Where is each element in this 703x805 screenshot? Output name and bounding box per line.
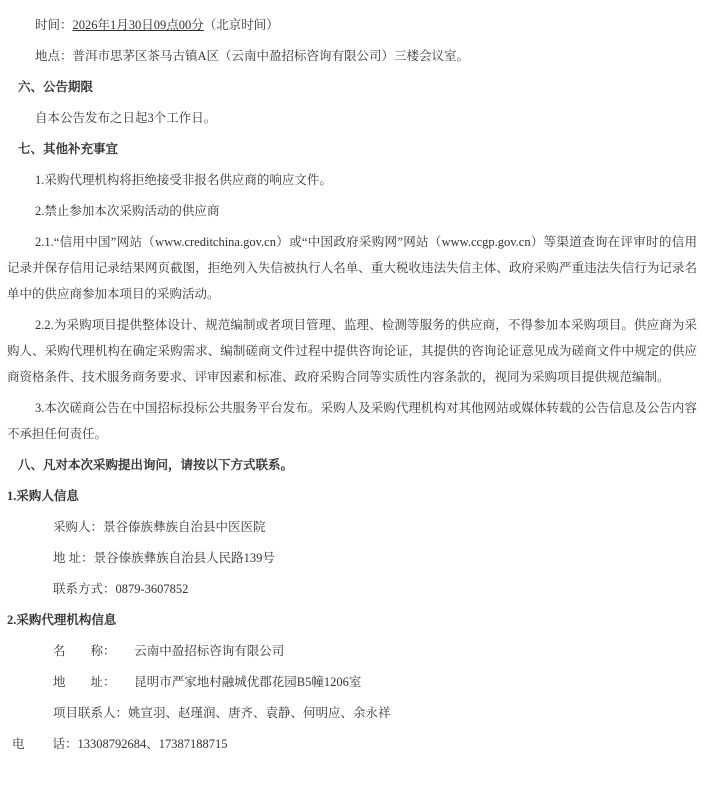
section-7-heading: 七、其他补充事宜: [7, 136, 697, 162]
purchaser-name-line: 采购人：景谷傣族彝族自治县中医医院: [7, 514, 697, 540]
purchaser-address-line: 地 址：景谷傣族彝族自治县人民路139号: [7, 545, 697, 571]
supplement-item-3: 3.本次磋商公告在中国招标投标公共服务平台发布。采购人及采购代理机构对其他网站或…: [7, 395, 697, 447]
purchaser-info-heading: 1.采购人信息: [7, 483, 697, 509]
meeting-time-note: （北京时间）: [204, 18, 279, 32]
agency-phone-line: 电话：13308792684、17387188715: [12, 731, 697, 757]
agency-name-line: 名 称： 云南中盈招标咨询有限公司: [7, 638, 697, 664]
supplement-item-2-1: 2.1.“信用中国”网站（www.creditchina.gov.cn）或“中国…: [7, 229, 697, 307]
procurement-announcement-page: 时间：2026年1月30日09点00分（北京时间） 地点：普洱市思茅区茶马古镇A…: [0, 0, 703, 805]
supplement-item-1: 1.采购代理机构将拒绝接受非报名供应商的响应文件。: [7, 167, 697, 193]
announcement-period-text: 自本公告发布之日起3个工作日。: [7, 105, 697, 131]
agency-phone-value: 话：13308792684、17387188715: [53, 737, 228, 751]
supplement-item-2: 2.禁止参加本次采购活动的供应商: [7, 198, 697, 224]
section-8-heading: 八、凡对本次采购提出询问，请按以下方式联系。: [7, 452, 697, 478]
agency-info-heading: 2.采购代理机构信息: [7, 607, 697, 633]
agency-contacts-line: 项目联系人：姚宣羽、赵瑾润、唐齐、袁静、何明应、余永祥: [7, 700, 697, 726]
section-6-heading: 六、公告期限: [7, 74, 697, 100]
meeting-time-value: 2026年1月30日09点00分: [73, 18, 204, 32]
meeting-time-line: 时间：2026年1月30日09点00分（北京时间）: [7, 12, 697, 38]
agency-address-line: 地 址： 昆明市严家地村融城优郡花园B5幢1206室: [7, 669, 697, 695]
meeting-time-label: 时间：: [35, 18, 73, 32]
purchaser-contact-line: 联系方式：0879-3607852: [7, 576, 697, 602]
supplement-item-2-2: 2.2.为采购项目提供整体设计、规范编制或者项目管理、监理、检测等服务的供应商，…: [7, 312, 697, 390]
meeting-location-line: 地点：普洱市思茅区茶马古镇A区（云南中盈招标咨询有限公司）三楼会议室。: [7, 43, 697, 69]
agency-phone-label: 电: [12, 731, 25, 757]
